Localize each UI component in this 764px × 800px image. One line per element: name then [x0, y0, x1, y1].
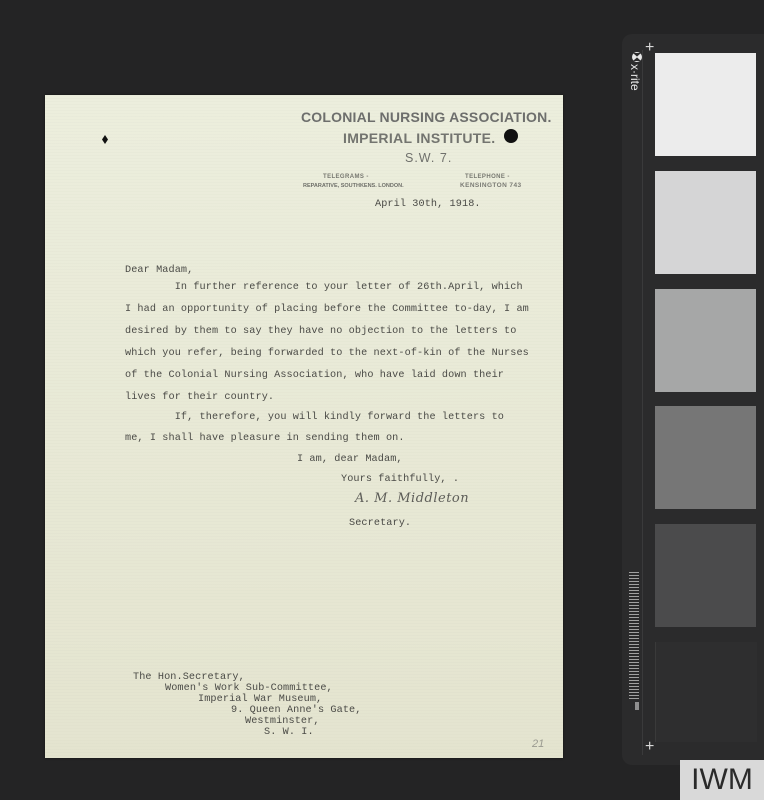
telephone-label: TELEPHONE - [465, 174, 510, 180]
body-line: If, therefore, you will kindly forward t… [125, 412, 504, 423]
gray-patch-5 [655, 524, 756, 627]
gray-patch-3 [655, 289, 756, 392]
crosshair-icon: + [645, 739, 654, 755]
recipient-line: S. W. I. [264, 727, 314, 738]
gray-patch-4 [655, 406, 756, 509]
xrite-logo-icon [632, 52, 642, 62]
telephone-value: KENSINGTON 743 [460, 182, 521, 189]
closing-line: I am, dear Madam, [297, 454, 403, 465]
body-line: desired by them to say they have no obje… [125, 326, 516, 337]
ruler-unit-label [635, 702, 639, 710]
color-checker-divider [642, 50, 643, 755]
iwm-watermark: IWM [680, 760, 764, 800]
signatory-title: Secretary. [349, 518, 411, 529]
telegrams-value: REPARATIVE, SOUTHKENS. LONDON. [303, 183, 404, 189]
punch-hole [504, 129, 518, 143]
recipient-line: The Hon.Secretary, [133, 672, 245, 683]
letterhead-postal-district: S.W. 7. [405, 151, 452, 165]
gray-patch-1 [655, 53, 756, 156]
recipient-line: Westminster, [245, 716, 320, 727]
letterhead-organization: COLONIAL NURSING ASSOCIATION. [301, 109, 552, 125]
gray-patch-6 [655, 642, 757, 742]
body-line: which you refer, being forwarded to the … [125, 348, 529, 359]
diamond-mark-icon [102, 135, 108, 144]
letter-sheet: COLONIAL NURSING ASSOCIATION. IMPERIAL I… [45, 95, 563, 758]
recipient-line: Women's Work Sub-Committee, [165, 683, 333, 694]
body-line: lives for their country. [125, 392, 274, 403]
signature: A. M. Middleton [355, 491, 469, 506]
crosshair-icon: + [645, 40, 654, 56]
gray-patch-2 [655, 171, 756, 274]
recipient-line: Imperial War Museum, [198, 694, 322, 705]
letterhead-institute: IMPERIAL INSTITUTE. [343, 130, 495, 146]
page-number: 21 [532, 738, 544, 750]
xrite-brand-text: x·rite [628, 64, 642, 91]
body-line: of the Colonial Nursing Association, who… [125, 370, 504, 381]
scale-ruler [629, 572, 639, 700]
body-line: I had an opportunity of placing before t… [125, 304, 529, 315]
letter-date: April 30th, 1918. [375, 199, 481, 210]
salutation: Dear Madam, [125, 265, 193, 276]
body-line: me, I shall have pleasure in sending the… [125, 433, 405, 444]
xrite-brand: x·rite [628, 52, 648, 102]
body-line: In further reference to your letter of 2… [125, 282, 523, 293]
telegrams-label: TELEGRAMS - [323, 174, 369, 180]
closing-faithfully: Yours faithfully, . [341, 474, 459, 485]
recipient-line: 9. Queen Anne's Gate, [231, 705, 361, 716]
